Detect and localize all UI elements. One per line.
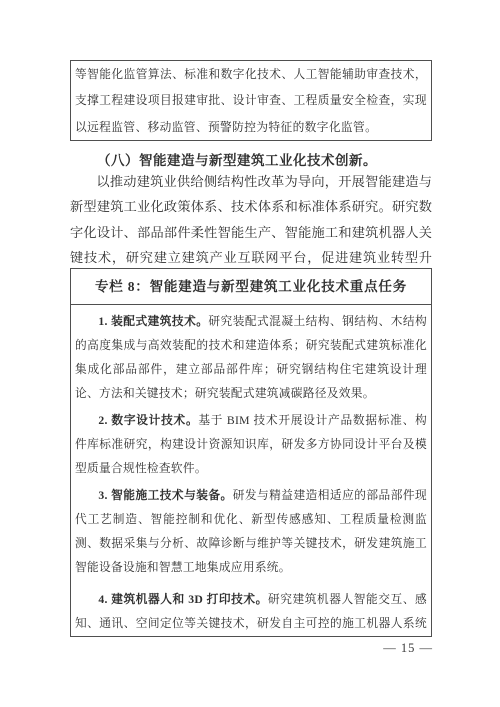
section-heading: （八）智能建造与新型建筑工业化技术创新。 xyxy=(70,149,432,169)
column-box-item-2: 2. 数字设计技术。基于 BIM 技术开展设计产品数据标准、构件库标准研究，构建… xyxy=(75,409,427,481)
column-box-item-4: 4. 建筑机器人和 3D 打印技术。研究建筑机器人智能交互、感知、通讯、空间定位… xyxy=(75,588,427,637)
column-box: 专栏 8：智能建造与新型建筑工业化技术重点任务 1. 装配式建筑技术。研究装配式… xyxy=(70,268,432,637)
page-number: — 15 — xyxy=(383,641,433,656)
document-page: 等智能化监管算法、标准和数字化技术、人工智能辅助审查技术，支撑工程建设项目报建审… xyxy=(0,0,500,707)
column-box-body: 1. 装配式建筑技术。研究装配式混凝土结构、钢结构、木结构的高度集成与高效装配的… xyxy=(71,305,431,637)
item-1-lead: 1. 装配式建筑技术。 xyxy=(98,315,208,328)
item-4-lead: 4. 建筑机器人和 3D 打印技术。 xyxy=(98,593,268,606)
column-box-title: 专栏 8：智能建造与新型建筑工业化技术重点任务 xyxy=(71,269,431,305)
section-paragraph: 以推动建筑业供给侧结构性改革为导向，开展智能建造与新型建筑工业化政策体系、技术体… xyxy=(70,169,432,270)
item-2-lead: 2. 数字设计技术。 xyxy=(98,414,198,427)
column-box-item-3: 3. 智能施工技术与装备。研发与精益建造相适应的部品部件现代工艺制造、智能控制和… xyxy=(75,484,427,580)
quote-box-text: 等智能化监管算法、标准和数字化技术、人工智能辅助审查技术，支撑工程建设项目报建审… xyxy=(75,62,427,141)
quote-box: 等智能化监管算法、标准和数字化技术、人工智能辅助审查技术，支撑工程建设项目报建审… xyxy=(70,60,432,141)
column-box-item-1: 1. 装配式建筑技术。研究装配式混凝土结构、钢结构、木结构的高度集成与高效装配的… xyxy=(75,310,427,406)
item-3-lead: 3. 智能施工技术与装备。 xyxy=(98,489,232,502)
